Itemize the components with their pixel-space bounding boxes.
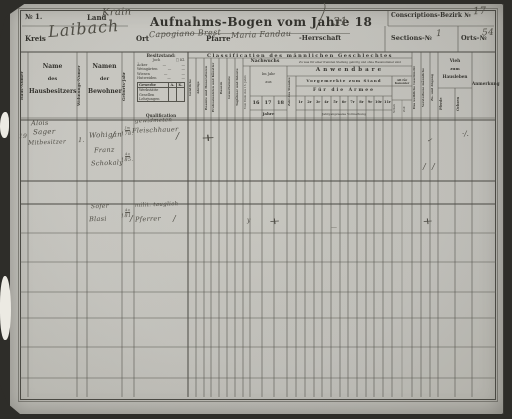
handwritten-mark: ✓: [427, 137, 433, 145]
right-col-label: Verstorbene männliche: [422, 59, 429, 116]
besitz-row: Hutweiden——: [135, 76, 187, 81]
sheet-number: № 1.: [25, 12, 42, 21]
entry1-wohnung-nr: 1.: [78, 136, 85, 144]
entry2-beruf: Pferrer: [135, 215, 161, 224]
handwritten-mark: +: [422, 217, 434, 228]
classification-col-label: Adelige: [197, 59, 204, 116]
armee-age-col: 7r: [348, 100, 357, 104]
pfarre-label: Pfarre: [206, 34, 231, 43]
right-col-label: Zu- und Abgang: [431, 59, 437, 116]
entry1-bewohner: Schokaly: [91, 158, 123, 167]
jahre-label: Jahre: [250, 111, 287, 116]
right-col-label: Das weibliche Geschlecht: [413, 59, 420, 116]
handwritten-mark: +: [200, 133, 216, 145]
column-wohnung-nr: Wohnungs-Numer: [77, 56, 87, 116]
handwritten-mark: /: [432, 162, 435, 171]
anwendbare-header: Anwendbare: [288, 67, 412, 73]
classification-col-label: Professionisten und Künstler: [212, 59, 219, 116]
year-handwritten: 31: [333, 15, 348, 29]
alt-sub-label: Zoll: [403, 101, 411, 117]
vorgemerkte-header: Vorgemerkte zum Stand: [296, 78, 392, 83]
classification-col-label: Taglöhner und Inleute: [236, 59, 243, 116]
handwritten-mark: —: [331, 224, 337, 231]
anmerkung-header: Anmerkung: [472, 81, 496, 86]
handwritten-mark: /: [173, 214, 176, 223]
form-title: Aufnahms-Bogen vom Jahre 18: [150, 15, 350, 29]
age-col-16: 16: [250, 100, 262, 106]
armee-age-col: 5r: [331, 100, 340, 104]
armee-age-col: 9r: [366, 100, 374, 104]
sections-value-handwritten: 1: [436, 29, 442, 39]
conscription-district-value: 17: [473, 6, 487, 17]
entry1-beruf: Fleischhauer: [132, 125, 179, 135]
sections-label: Sections-№: [391, 34, 432, 42]
armee-footer: Jahrgangsweise Vormerkung: [296, 112, 392, 116]
gewerbe-subbox: Gewerbe A. K. Werkstätte Gesellen Lehrju…: [137, 82, 185, 102]
column-owner: Name des Hausbesitzers: [29, 63, 76, 95]
armee-age-col: 8r: [357, 100, 366, 104]
classification-title: Classification des männlichen Geschlecht…: [189, 53, 411, 59]
entry1-owner-line: Alois: [31, 119, 49, 128]
classification-col-label: Gewerbsleute: [228, 59, 235, 116]
entry2-bewohner: Blasi: [89, 215, 107, 224]
entry2-jahr-top: Ao: [122, 208, 133, 212]
entry1-jahr-top: Ao: [122, 152, 133, 156]
age-col-17: 17: [262, 100, 274, 106]
nachwuchs-side-label: Vom Ende des 15. Jahrs: [244, 67, 250, 117]
armee-age-col: 1r: [296, 100, 305, 104]
classification-note: Zu was für einer fremden Stellung gehöri…: [288, 60, 412, 64]
armee-age-col: 2r: [305, 100, 314, 104]
handwritten-mark: y: [247, 217, 250, 224]
handwritten-mark: /: [176, 132, 179, 142]
scanned-census-sheet: № 1. Land Krain Aufnahms-Bogen vom Jahre…: [0, 0, 512, 419]
orts-value-handwritten: 54: [482, 28, 494, 38]
handwritten-mark: ·/.: [462, 130, 469, 138]
nachwuchs-header: Nachwuchs: [243, 59, 287, 64]
handwritten-mark: +: [268, 217, 281, 228]
armee-age-col: 4r: [322, 100, 331, 104]
kreis-label: Kreis: [25, 34, 46, 43]
entry1-bewohner: Franz: [94, 146, 115, 155]
entry1-owner-line: Mitbesitzer: [28, 138, 66, 146]
armee-age-col: 10r: [374, 100, 383, 104]
entry2-bewohner: Sofer: [91, 203, 109, 211]
vieh-box-header: Vieh zum Hausleben: [439, 58, 471, 79]
classification-col-label: Geistliche: [189, 59, 196, 116]
alt-box-label: Alt für Kanonier: [393, 79, 411, 86]
handwritten-mark: /: [130, 214, 133, 223]
entry1-owner-line: Sager: [33, 128, 56, 137]
ort-label: Ort: [136, 34, 149, 43]
classification-col-label: Bauern: [220, 59, 227, 116]
zahl-column: Zahl des Standes: [288, 67, 296, 117]
column-haus-nr: Haus-Numer: [20, 56, 28, 116]
entry1-haus-nr: 19: [19, 133, 27, 140]
im-jahr-label: Im Jahr: [252, 72, 285, 76]
besitz-box: Besitzstand: Joch □ Kl. Äcker—— Weingärt…: [135, 53, 187, 118]
handwritten-mark: /: [423, 162, 426, 171]
armee-age-col: 11r: [383, 100, 392, 104]
aus-label: aus: [252, 80, 285, 84]
column-geburtsjahr: Geburts-Jahr: [122, 56, 134, 116]
armee-age-col: 6r: [340, 100, 348, 104]
vieh-col-ochsen: Ochsen: [457, 91, 470, 116]
entry1-jahr: 185.: [121, 157, 134, 163]
age-col-18: 18: [274, 100, 287, 106]
armee-header: Für die Armee: [296, 88, 392, 93]
herrschaft-label: -Herrschaft: [299, 34, 341, 42]
column-bewohner: Namen der Bewohner: [88, 63, 121, 95]
armee-age-col: 3r: [314, 100, 322, 104]
entry1-bewohner: Wohigan: [89, 130, 122, 139]
handwritten-mark: /: [112, 131, 115, 141]
vieh-col-pferde: Pferde: [440, 91, 453, 116]
conscription-district-label: Conscriptions-Bezirk №: [391, 12, 471, 19]
alt-sub-label: Schuh: [393, 101, 401, 117]
